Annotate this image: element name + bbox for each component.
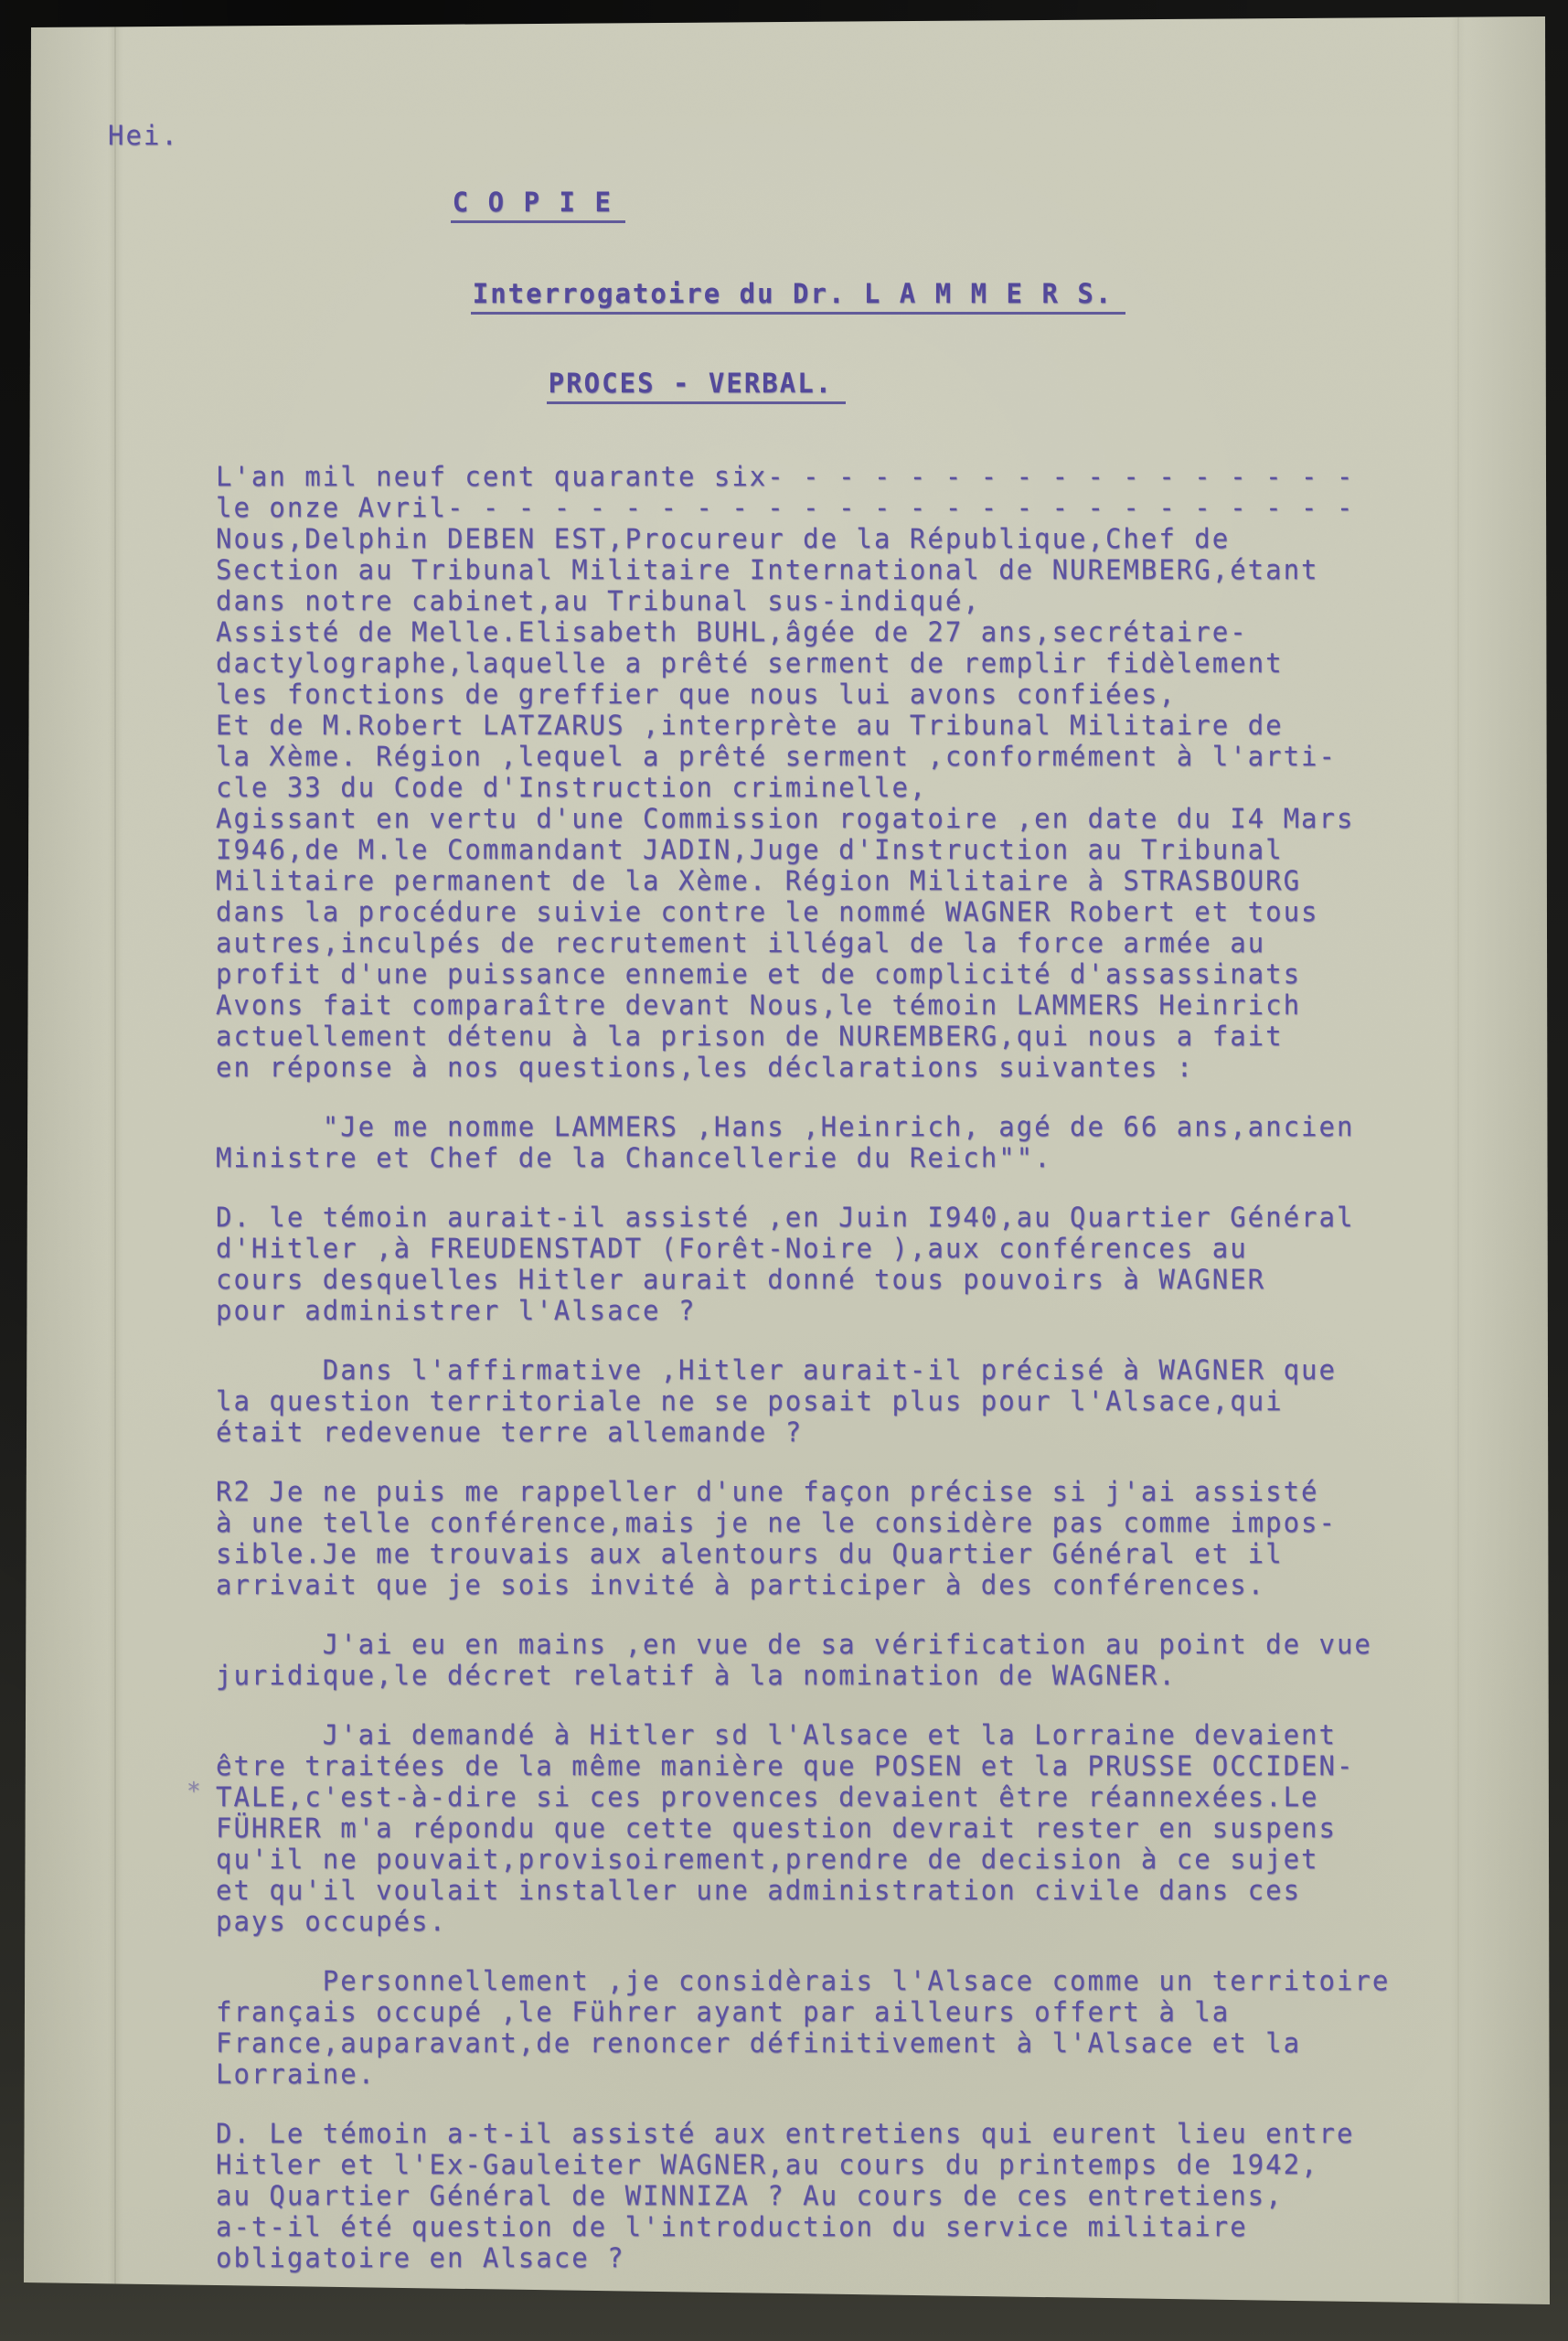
paragraph-answer-1: R2 Je ne puis me rappeller d'une façon p…	[216, 1476, 1423, 1600]
paragraph-answer-personal: Personnellement ,je considèrais l'Alsace…	[216, 1965, 1423, 2090]
proces-verbal-heading-text: PROCES - VERBAL.	[547, 368, 846, 404]
document-body: L'an mil neuf cent quarante six- - - - -…	[216, 461, 1423, 2302]
copy-title: C O P I E	[346, 155, 625, 254]
handwritten-initials: Hei.	[108, 120, 179, 151]
document-page: Hei. C O P I E Interrogatoire du Dr. L A…	[0, 0, 1568, 2341]
paper-fold-line-right	[1457, 0, 1459, 2341]
document-title-text: Interrogatoire du Dr. L A M M E R S.	[471, 278, 1126, 315]
paragraph-identity-quote: "Je me nomme LAMMERS ,Hans ,Heinrich, ag…	[216, 1111, 1423, 1173]
paper-fold-line	[114, 0, 116, 2341]
paragraph-answer-decree: J'ai eu en mains ,en vue de sa vérificat…	[216, 1629, 1423, 1691]
margin-mark: *	[187, 1778, 201, 1805]
paragraph-question-2: D. Le témoin a-t-il assisté aux entretie…	[216, 2118, 1423, 2273]
photo-backdrop: Hei. C O P I E Interrogatoire du Dr. L A…	[0, 0, 1568, 2341]
paragraph-answer-posen: J'ai demandé à Hitler sd l'Alsace et la …	[216, 1719, 1423, 1937]
document-title: Interrogatoire du Dr. L A M M E R S.	[366, 247, 1125, 346]
paragraph-preamble: L'an mil neuf cent quarante six- - - - -…	[216, 461, 1423, 1083]
copy-title-text: C O P I E	[451, 187, 625, 223]
paragraph-question-1: D. le témoin aurait-il assisté ,en Juin …	[216, 1202, 1423, 1326]
paragraph-question-1b: Dans l'affirmative ,Hitler aurait-il pré…	[216, 1354, 1423, 1448]
proces-verbal-heading: PROCES - VERBAL.	[442, 337, 846, 435]
